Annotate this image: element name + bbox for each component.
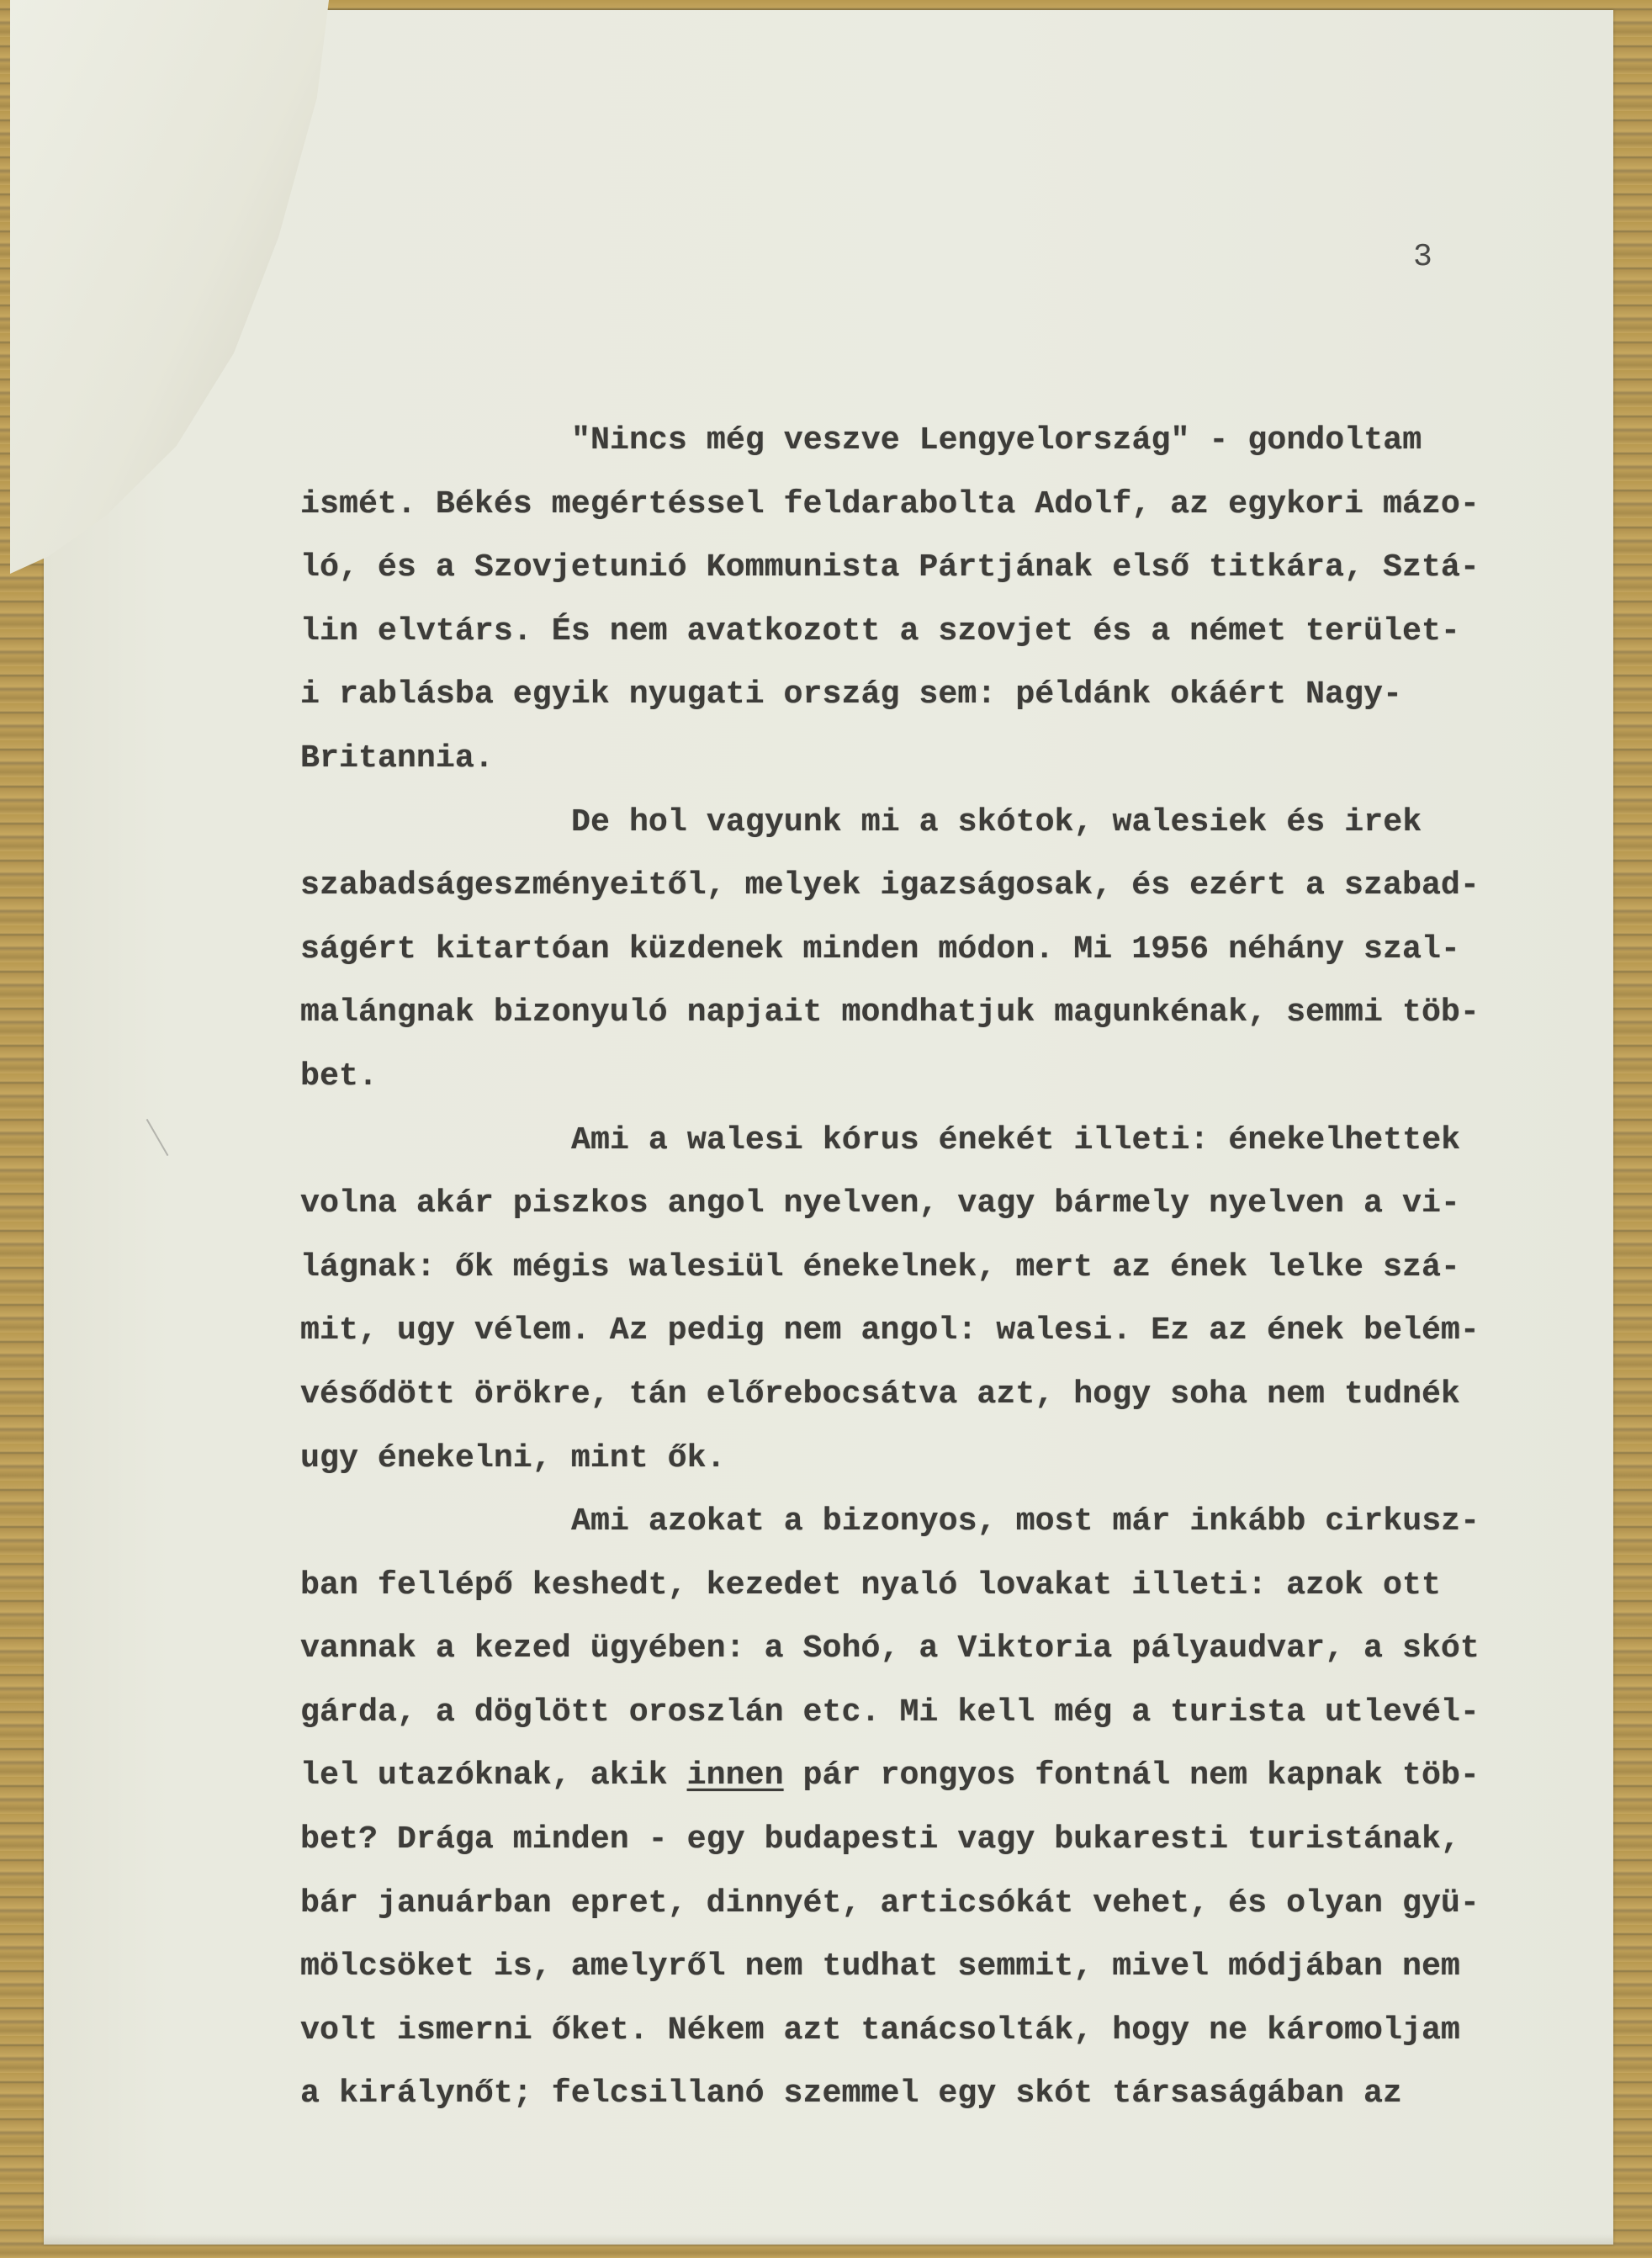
text-line: De hol vagyunk mi a skótok, walesiek és … [300,791,1520,855]
text-line: szabadságeszményeitől, melyek igazságosa… [300,854,1520,918]
page-number: 3 [1413,239,1432,275]
text-line: "Nincs még veszve Lengyelország" - gondo… [300,409,1520,473]
curled-previous-page [10,0,330,574]
text-line: volna akár piszkos angol nyelven, vagy b… [300,1172,1520,1236]
text-line: i rablásba egyik nyugati ország sem: pél… [300,663,1520,727]
text-line: ugy énekelni, mint ők. [300,1427,1520,1491]
text-line: lin elvtárs. És nem avatkozott a szovjet… [300,600,1520,664]
text-line: mölcsöket is, amelyről nem tudhat semmit… [300,1935,1520,1999]
text-line: Ami azokat a bizonyos, most már inkább c… [300,1490,1520,1554]
text-segment: pár rongyos fontnál nem kapnak töb- [784,1757,1480,1794]
text-segment: lel utazóknak, akik [300,1757,687,1794]
text-line: lel utazóknak, akik innen pár rongyos fo… [300,1744,1520,1808]
text-line: bár januárban epret, dinnyét, articsókát… [300,1872,1520,1936]
text-line: a királynőt; felcsillanó szemmel egy skó… [300,2062,1520,2126]
underlined-word: innen [687,1757,784,1794]
text-line: Ami a walesi kórus énekét illeti: énekel… [300,1109,1520,1173]
text-line: gárda, a döglött oroszlán etc. Mi kell m… [300,1681,1520,1745]
pencil-mark [146,1094,213,1156]
text-line: ságért kitartóan küzdenek minden módon. … [300,918,1520,982]
text-line: vannak a kezed ügyében: a Sohó, a Viktor… [300,1617,1520,1681]
text-line: ban fellépő keshedt, kezedet nyaló lovak… [300,1554,1520,1618]
text-line: bet. [300,1045,1520,1109]
text-line: lágnak: ők mégis walesiül énekelnek, mer… [300,1236,1520,1300]
text-line: ismét. Békés megértéssel feldarabolta Ad… [300,473,1520,537]
text-line: malángnak bizonyuló napjait mondhatjuk m… [300,981,1520,1045]
text-line: bet? Drága minden - egy budapesti vagy b… [300,1808,1520,1872]
text-line: volt ismerni őket. Nékem azt tanácsolták… [300,1999,1520,2063]
text-line: mit, ugy vélem. Az pedig nem angol: wale… [300,1299,1520,1363]
text-line: vésődött örökre, tán előrebocsátva azt, … [300,1363,1520,1427]
text-line: Britannia. [300,727,1520,791]
text-line: ló, és a Szovjetunió Kommunista Pártjána… [300,536,1520,600]
body-text: "Nincs még veszve Lengyelország" - gondo… [300,409,1520,2126]
